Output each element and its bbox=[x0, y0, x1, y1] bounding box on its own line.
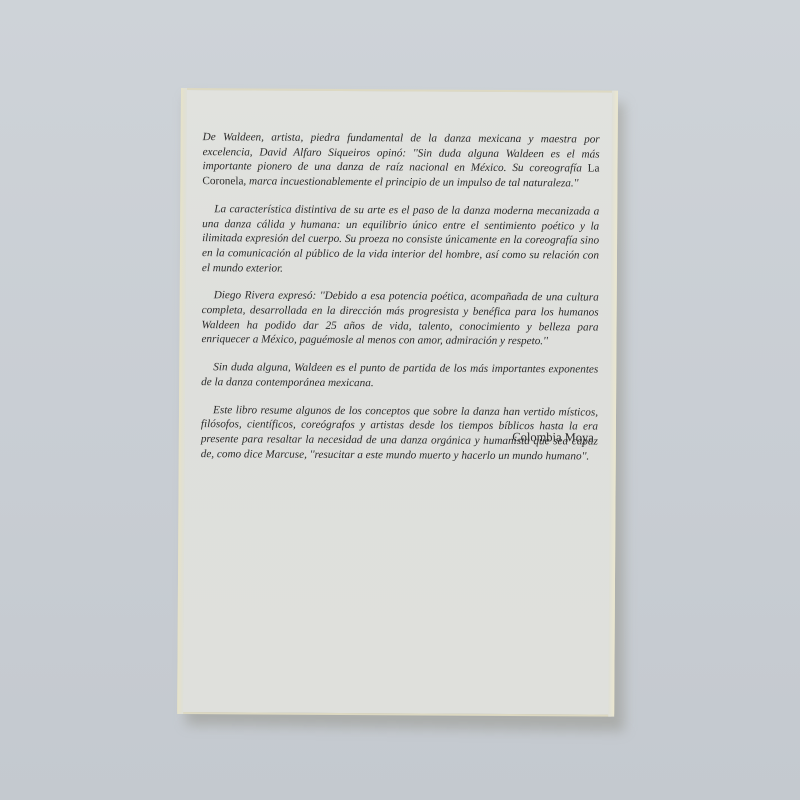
blurb-paragraph-2: La característica distintiva de su arte … bbox=[202, 202, 599, 278]
book-back-cover: De Waldeen, artista, piedra fundamental … bbox=[177, 88, 618, 717]
blurb-paragraph-1: De Waldeen, artista, piedra fundamental … bbox=[202, 130, 599, 191]
blurb-paragraph-3: Diego Rivera expresó: ''Debido a esa pot… bbox=[201, 288, 598, 349]
author-signature: Colombia Moya bbox=[512, 430, 594, 445]
blurb-paragraph-1-part-3: , marca incuestionablemente el principio… bbox=[243, 175, 578, 189]
blurb-paragraph-1-part-1: De Waldeen, artista, piedra fundamental … bbox=[202, 131, 599, 175]
blurb-paragraph-4: Sin duda alguna, Waldeen es el punto de … bbox=[201, 360, 598, 392]
blurb-text: De Waldeen, artista, piedra fundamental … bbox=[201, 130, 600, 477]
